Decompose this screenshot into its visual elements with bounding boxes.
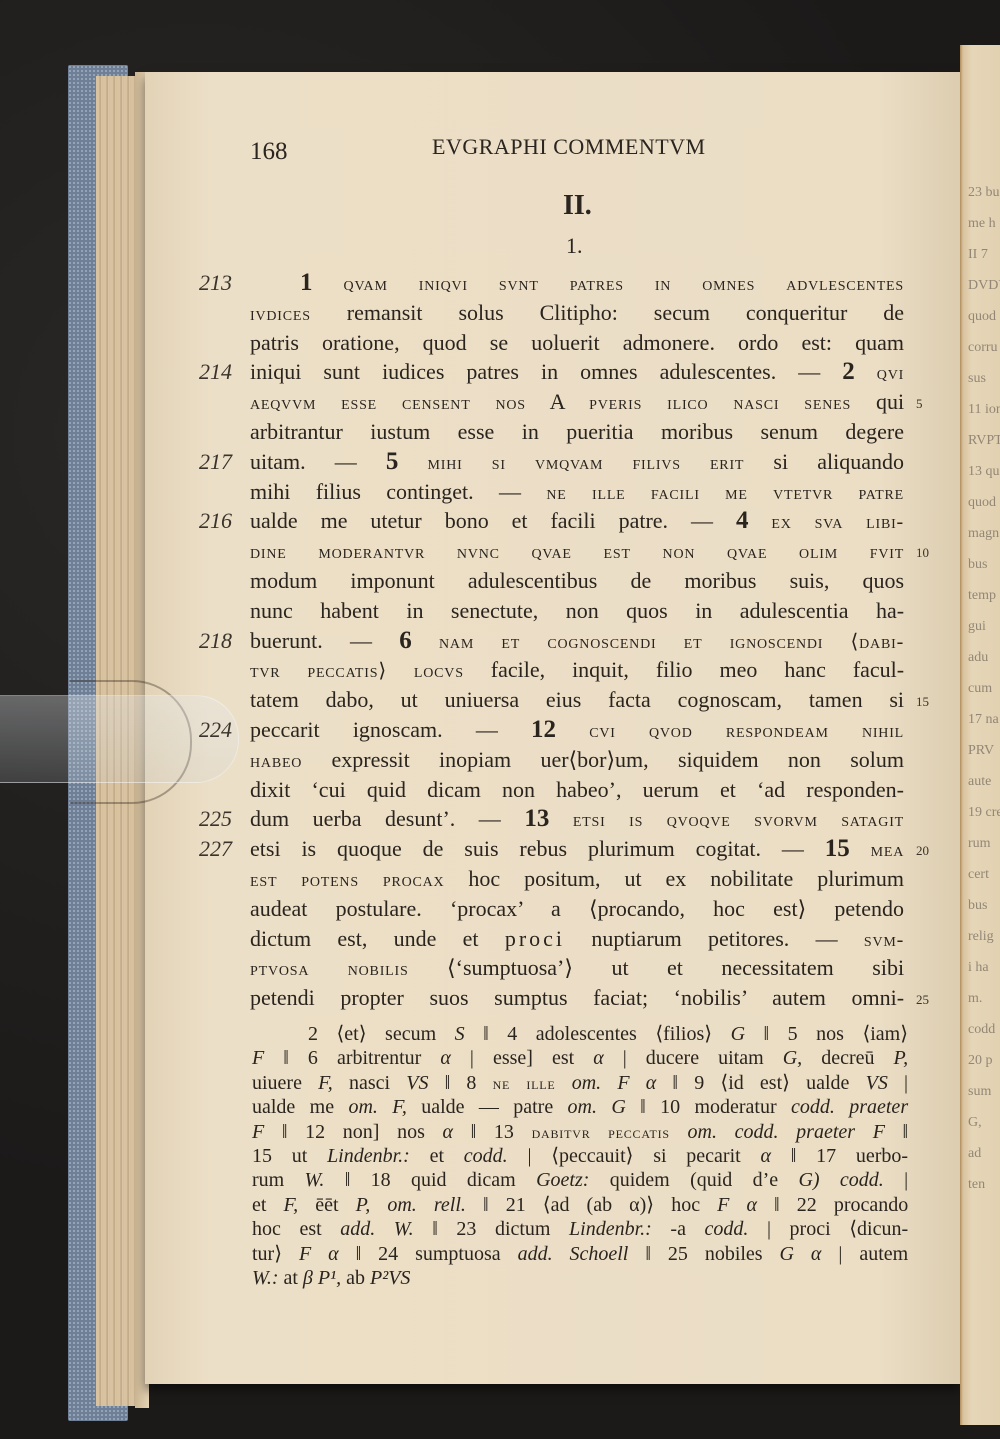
facing-page-edge: 23 busme hII 7DVDVquodcorrusus11 ioneRVP…	[960, 45, 1000, 1425]
facing-page-text-fragment: sum	[968, 1084, 991, 1100]
facing-page-text-fragment: m.	[968, 991, 982, 1007]
margin-verse-ref: 213	[199, 270, 232, 296]
facing-page-text-fragment: corru	[968, 340, 998, 356]
body-line: 1 QVAM INIQVI SVNT PATRES IN OMNES ADVLE…	[250, 268, 904, 298]
margin-verse-ref: 217	[199, 449, 232, 475]
facing-page-text-fragment: cert	[968, 867, 989, 883]
line-number: 15	[916, 694, 929, 710]
body-line: nunc habent in senectute, non quos in ad…	[250, 596, 904, 626]
facing-page-text-fragment: PRV	[968, 743, 994, 759]
apparatus-line: tur⟩ F α ‖ 24 sumptuosa add. Schoell ‖ 2…	[252, 1242, 908, 1266]
facing-page-text-fragment: 13 quod	[968, 464, 1000, 480]
facing-page-text-fragment: gui	[968, 619, 986, 635]
facing-page-text-fragment: quod	[968, 495, 996, 511]
facing-page-text-fragment: sus	[968, 371, 986, 387]
facing-page-text-fragment: adu	[968, 650, 988, 666]
facing-page-text-fragment: i ha	[968, 960, 989, 976]
facing-page-text-fragment: G,	[968, 1115, 982, 1131]
facing-page-text-fragment: aute	[968, 774, 991, 790]
body-line: modum imponunt adulescentibus de moribus…	[250, 566, 904, 596]
line-number: 5	[916, 396, 923, 412]
facing-page-text-fragment: cum	[968, 681, 992, 697]
facing-page-text-fragment: RVPT	[968, 433, 1000, 449]
apparatus-line: 15 ut Lindenbr.: et codd. | ⟨peccauit⟩ s…	[252, 1144, 908, 1168]
facing-page-text-fragment: bus	[968, 557, 987, 573]
apparatus-line: uiuere F, nasci VS ‖ 8 NE ILLE om. F α ‖…	[252, 1071, 908, 1095]
facing-page-text-fragment: 23 bus	[968, 185, 1000, 201]
line-number: 20	[916, 843, 929, 859]
facing-page-text-fragment: 19 cre	[968, 805, 1000, 821]
facing-page-text-fragment: ad	[968, 1146, 981, 1162]
line-number: 25	[916, 992, 929, 1008]
apparatus-line: W.: at β P¹, ab P²VS	[252, 1266, 908, 1290]
apparatus-line: F ‖ 12 non] nos α ‖ 13 DABITVR PECCATIS …	[252, 1120, 908, 1144]
facing-page-text-fragment: relig	[968, 929, 994, 945]
facing-page-text-fragment: rum	[968, 836, 991, 852]
facing-page-text-fragment: temp	[968, 588, 996, 604]
critical-apparatus: 2 ⟨et⟩ secum S ‖ 4 adolescentes ⟨filios⟩…	[252, 1022, 908, 1290]
body-line: dixit ‘cui quid dicam non habeo’, uerum …	[250, 775, 904, 805]
body-line: iniqui sunt iudices patres in omnes adul…	[250, 357, 904, 387]
body-line: uitam. — 5 MIHI SI VMQVAM FILIVS ERIT si…	[250, 447, 904, 477]
margin-verse-ref: 224	[199, 717, 232, 743]
body-line: AEQVVM ESSE CENSENT NOS A PVERIS ILICO N…	[250, 387, 904, 417]
apparatus-line: F ‖ 6 arbitrentur α | esse] est α | duce…	[252, 1046, 908, 1070]
facing-page-text-fragment: 17 na	[968, 712, 999, 728]
facing-page-text-fragment: 11 ione	[968, 402, 1000, 418]
facing-page-text-fragment: II 7	[968, 247, 988, 263]
body-line: DINE MODERANTVR NVNC QVAE EST NON QVAE O…	[250, 536, 904, 566]
body-line: mihi filius continget. — NE ILLE FACILI …	[250, 477, 904, 507]
margin-verse-ref: 227	[199, 836, 232, 862]
body-line: PTVOSA NOBILIS ⟨‘sumptuosa’⟩ ut et neces…	[250, 953, 904, 983]
apparatus-line: rum W. ‖ 18 quid dicam Goetz: quidem (qu…	[252, 1168, 908, 1192]
body-line: peccarit ignoscam. — 12 CVI QVOD RESPOND…	[250, 715, 904, 745]
margin-verse-ref: 216	[199, 508, 232, 534]
apparatus-line: ualde me om. F, ualde — patre om. G ‖ 10…	[252, 1095, 908, 1119]
body-line: ualde me utetur bono et facili patre. — …	[250, 506, 904, 536]
body-line: patris oratione, quod se uoluerit admone…	[250, 328, 904, 358]
body-line: tatem dabo, ut uniuersa eius facta cogno…	[250, 685, 904, 715]
body-line: etsi is quoque de suis rebus plurimum co…	[250, 834, 904, 864]
body-line: EST POTENS PROCAX hoc positum, ut ex nob…	[250, 864, 904, 894]
body-line: audeat postulare. ‘procax’ a ⟨procando, …	[250, 894, 904, 924]
facing-page-text-fragment: me h	[968, 216, 996, 232]
apparatus-line: 2 ⟨et⟩ secum S ‖ 4 adolescentes ⟨filios⟩…	[252, 1022, 908, 1046]
facing-page-text-fragment: 20 p	[968, 1053, 993, 1069]
margin-verse-ref: 214	[199, 359, 232, 385]
facing-page-text-fragment: ten	[968, 1177, 985, 1193]
facing-page-text-fragment: quod	[968, 309, 996, 325]
body-line: HABEO expressit inopiam uer⟨bor⟩um, siqu…	[250, 745, 904, 775]
section-number: II.	[563, 190, 592, 222]
body-line: dum uerba desunt’. — 13 ETSI IS QVOQVE S…	[250, 804, 904, 834]
body-line: arbitrantur iustum esse in pueritia mori…	[250, 417, 904, 447]
apparatus-line: hoc est add. W. ‖ 23 dictum Lindenbr.: -…	[252, 1217, 908, 1241]
margin-verse-ref: 225	[199, 806, 232, 832]
facing-page-text-fragment: DVDV	[968, 278, 1000, 294]
body-line: dictum est, unde et proci nuptiarum peti…	[250, 924, 904, 954]
body-line: TVR PECCATIS⟩ LOCVS facile, inquit, fili…	[250, 655, 904, 685]
apparatus-line: et F, ēēt P, om. rell. ‖ 21 ⟨ad (ab α)⟩ …	[252, 1193, 908, 1217]
subsection-heading: 1.	[566, 233, 583, 259]
line-number: 10	[916, 545, 929, 561]
facing-page-text-fragment: codd	[968, 1022, 995, 1038]
body-line: petendi propter suos sumptus faciat; ‘no…	[250, 983, 904, 1013]
facing-page-text-fragment: bus	[968, 898, 987, 914]
body-line: buerunt. — 6 NAM ET COGNOSCENDI ET IGNOS…	[250, 626, 904, 656]
facing-page-text-fragment: magn	[968, 526, 999, 542]
margin-verse-ref: 218	[199, 628, 232, 654]
commentary-text: 1 QVAM INIQVI SVNT PATRES IN OMNES ADVLE…	[250, 268, 904, 1013]
running-head: EVGRAPHI COMMENTVM	[432, 134, 706, 160]
page-number: 168	[250, 138, 288, 166]
body-line: IVDICES remansit solus Clitipho: secum c…	[250, 298, 904, 328]
